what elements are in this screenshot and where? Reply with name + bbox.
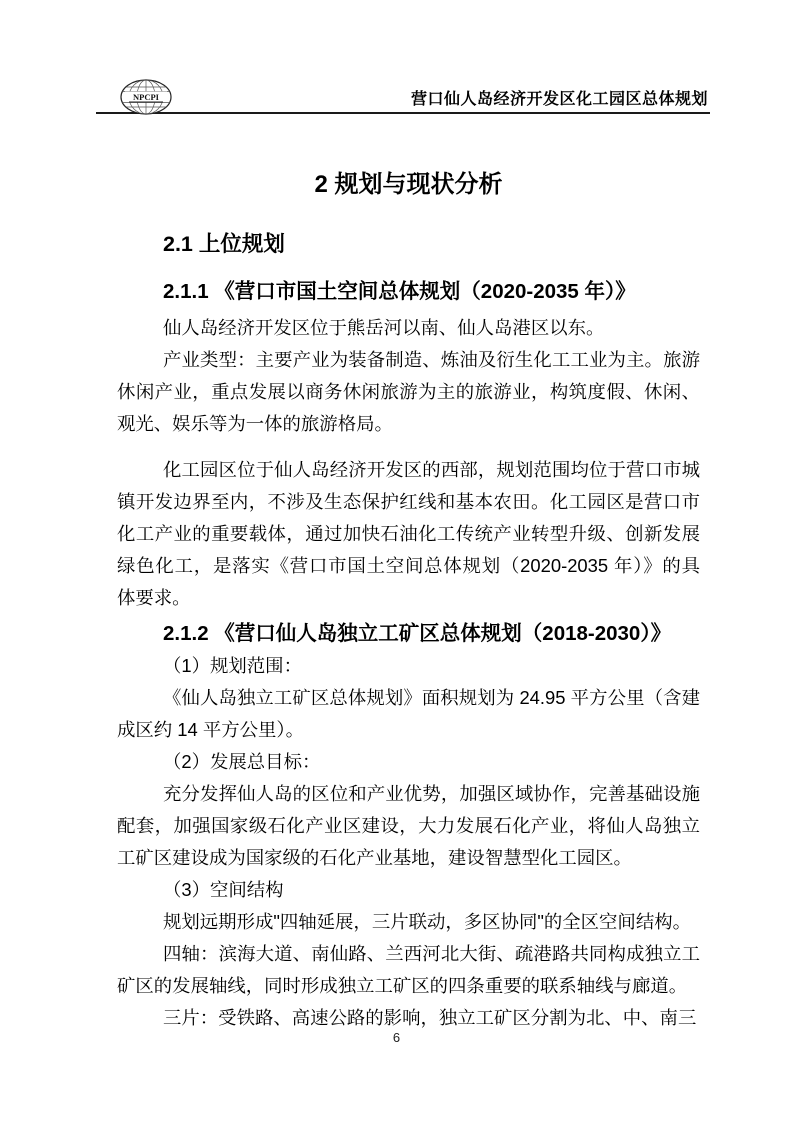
chapter-title: 2 规划与现状分析 [117, 168, 700, 202]
text-line: （1）规划范围： [117, 650, 700, 682]
text-line: 产业类型：主要产业为装备制造、炼油及衍生化工工业为主。旅游 [117, 344, 700, 376]
text-line: 体要求。 [117, 582, 700, 614]
paragraph: （3）空间结构 [117, 874, 700, 906]
paragraph: 充分发挥仙人岛的区位和产业优势，加强区域协作，完善基础设施 配套，加强国家级石化… [117, 778, 700, 874]
text-line: 休闲产业，重点发展以商务休闲旅游为主的旅游业，构筑度假、休闲、 [117, 376, 700, 408]
logo-text: NPCPI [133, 92, 160, 102]
paragraph: 产业类型：主要产业为装备制造、炼油及衍生化工工业为主。旅游 休闲产业，重点发展以… [117, 344, 700, 440]
text-line: 工矿区建设成为国家级的石化产业基地，建设智慧型化工园区。 [117, 842, 700, 874]
text-line: （3）空间结构 [117, 874, 700, 906]
paragraph: 仙人岛经济开发区位于熊岳河以南、仙人岛港区以东。 [117, 312, 700, 344]
text-line: 《仙人岛独立工矿区总体规划》面积规划为 24.95 平方公里（含建 [117, 682, 700, 714]
document-page: NPCPI 营口仙人岛经济开发区化工园区总体规划 2 规划与现状分析 2.1 上… [0, 0, 793, 1122]
document-body: 2 规划与现状分析 2.1 上位规划 2.1.1 《营口市国土空间总体规划（20… [117, 112, 700, 1034]
paragraph: 规划远期形成"四轴延展，三片联动，多区协同"的全区空间结构。 [117, 906, 700, 938]
paragraph: （1）规划范围： [117, 650, 700, 682]
text-line: 化工产业的重要载体，通过加快石油化工传统产业转型升级、创新发展 [117, 518, 700, 550]
text-line: 充分发挥仙人岛的区位和产业优势，加强区域协作，完善基础设施 [117, 778, 700, 810]
paragraph: 化工园区位于仙人岛经济开发区的西部，规划范围均位于营口市城 镇开发边界至内，不涉… [117, 454, 700, 614]
paragraph: 四轴：滨海大道、南仙路、兰西河北大街、疏港路共同构成独立工 矿区的发展轴线，同时… [117, 938, 700, 1002]
page-number: 6 [0, 1030, 793, 1045]
text-line: 四轴：滨海大道、南仙路、兰西河北大街、疏港路共同构成独立工 [117, 938, 700, 970]
page-header: NPCPI 营口仙人岛经济开发区化工园区总体规划 [96, 0, 710, 114]
text-line: 观光、娱乐等为一体的旅游格局。 [117, 408, 700, 440]
text-line: 绿色化工，是落实《营口市国土空间总体规划（2020-2035 年）》的具 [117, 550, 700, 582]
npcpi-logo-icon: NPCPI [120, 79, 172, 115]
text-line: 成区约 14 平方公里）。 [117, 714, 700, 746]
heading-2-1-1: 2.1.1 《营口市国土空间总体规划（2020-2035 年）》 [117, 276, 700, 308]
text-line: 配套，加强国家级石化产业区建设，大力发展石化产业，将仙人岛独立 [117, 810, 700, 842]
document-header-title: 营口仙人岛经济开发区化工园区总体规划 [411, 86, 708, 109]
heading-2-1-2: 2.1.2 《营口仙人岛独立工矿区总体规划（2018-2030）》 [117, 618, 700, 650]
text-line: 化工园区位于仙人岛经济开发区的西部，规划范围均位于营口市城 [117, 454, 700, 486]
text-line: 矿区的发展轴线，同时形成独立工矿区的四条重要的联系轴线与廊道。 [117, 970, 700, 1002]
text-line: （2）发展总目标： [117, 746, 700, 778]
text-line: 规划远期形成"四轴延展，三片联动，多区协同"的全区空间结构。 [117, 906, 700, 938]
heading-2-1: 2.1 上位规划 [117, 228, 700, 260]
text-line: 仙人岛经济开发区位于熊岳河以南、仙人岛港区以东。 [117, 312, 700, 344]
text-line: 镇开发边界至内，不涉及生态保护红线和基本农田。化工园区是营口市 [117, 486, 700, 518]
paragraph: 《仙人岛独立工矿区总体规划》面积规划为 24.95 平方公里（含建 成区约 14… [117, 682, 700, 746]
paragraph: （2）发展总目标： [117, 746, 700, 778]
